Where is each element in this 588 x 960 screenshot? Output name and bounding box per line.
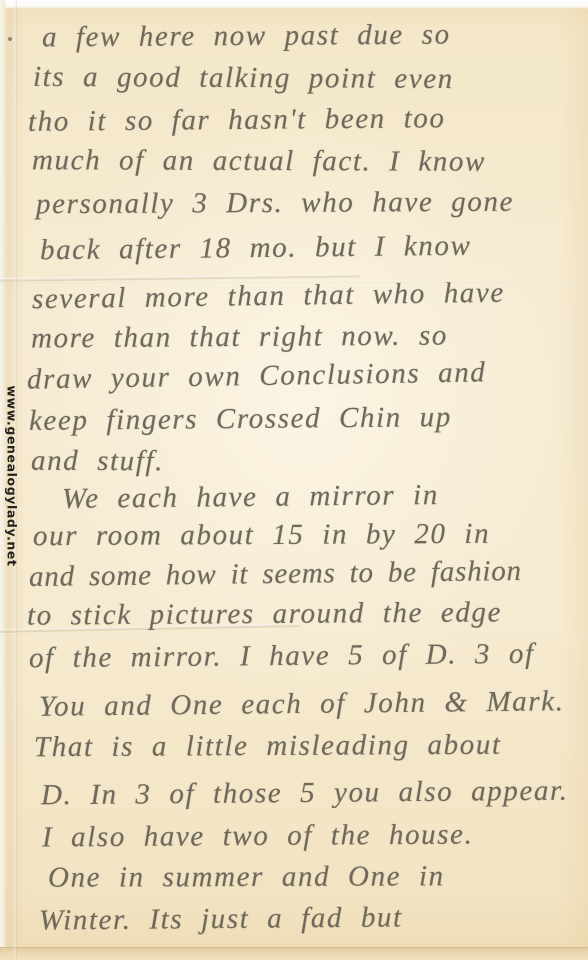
paper-speck <box>8 37 12 41</box>
paper-edge-bottom <box>0 947 588 960</box>
letter-line: keep fingers Crossed Chin up <box>29 401 452 438</box>
letter-line: personally 3 Drs. who have gone <box>36 186 514 222</box>
letter-line: and stuff. <box>31 445 164 478</box>
letter-line: We each have a mirror in <box>62 479 439 516</box>
letter-scan: www.genealogylady.net a few here now pas… <box>0 0 588 960</box>
letter-line: back after 18 mo. but I know <box>40 230 472 268</box>
letter-line: Winter. Its just a fad but <box>39 901 403 937</box>
watermark-text: www.genealogylady.net <box>5 385 20 566</box>
letter-line: I also have two of the house. <box>42 818 474 854</box>
letter-line: much of an actual fact. I know <box>32 144 486 179</box>
letter-line: That is a little misleading about <box>34 729 502 764</box>
letter-line: You and One each of John & Mark. <box>39 685 565 724</box>
letter-line: a few here now past due so <box>42 19 451 55</box>
letter-line: One in summer and One in <box>48 860 445 894</box>
letter-line: to stick pictures around the edge <box>27 596 502 632</box>
letter-line: D. In 3 of those 5 you also appear. <box>41 775 569 813</box>
letter-line: its a good talking point even <box>33 61 454 96</box>
letter-line: more than that right now. so <box>31 320 448 356</box>
fold-crease-lower-faint <box>0 633 588 635</box>
letter-line: and some how it seems to be fashion <box>29 555 522 594</box>
letter-line: of the mirror. I have 5 of D. 3 of <box>29 638 535 675</box>
letter-line: tho it so far hasn't been too <box>28 102 446 139</box>
scan-edge-top <box>0 0 588 9</box>
letter-line: several more than that who have <box>32 277 505 317</box>
letter-line: our room about 15 in by 20 in <box>33 518 490 553</box>
